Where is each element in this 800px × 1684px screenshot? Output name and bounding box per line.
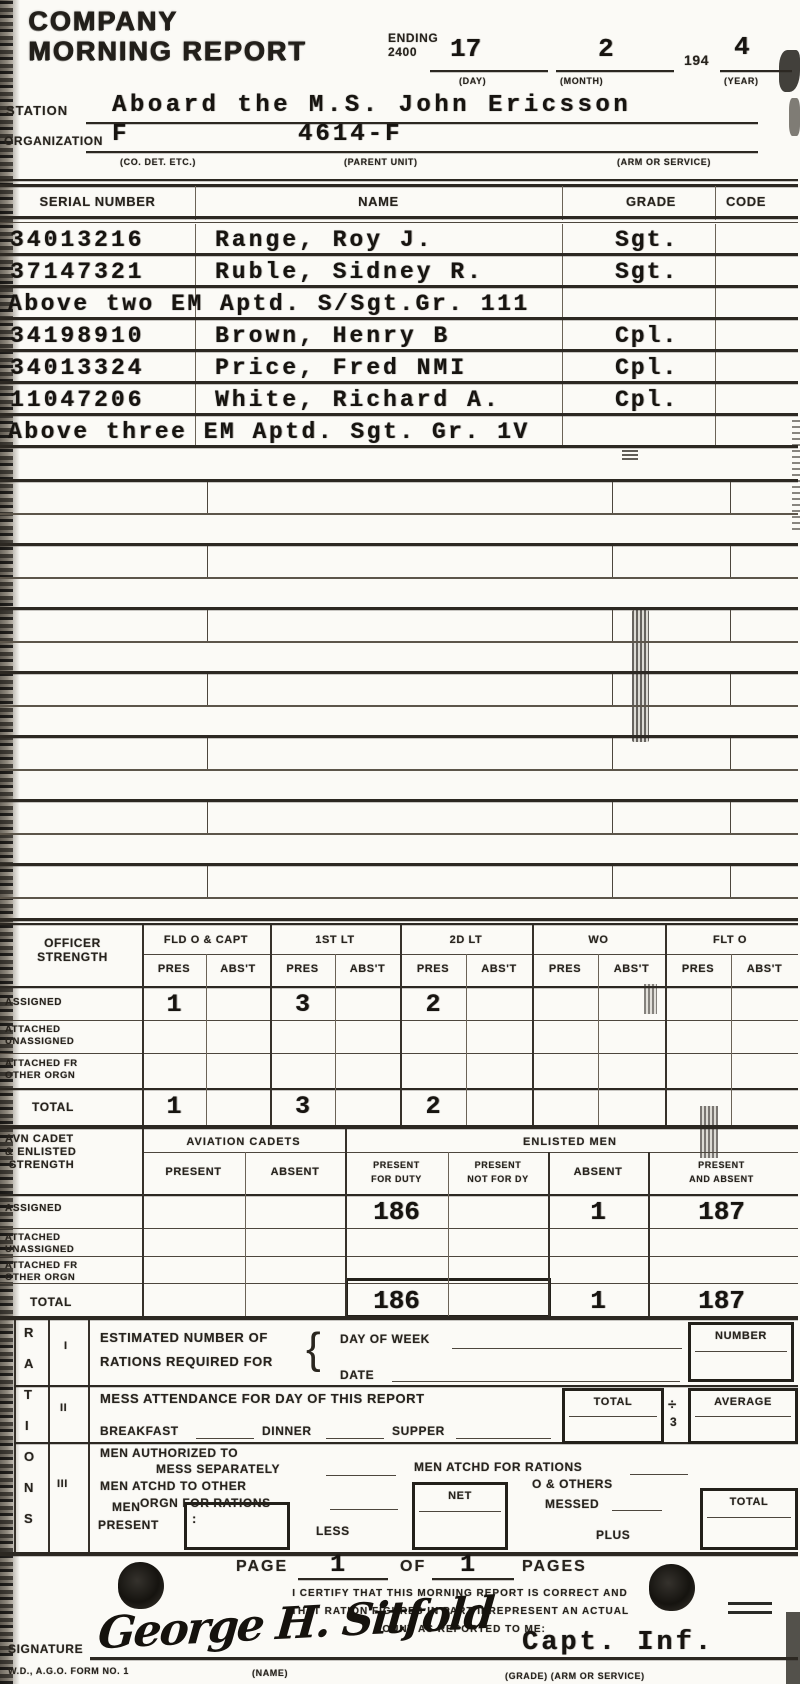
roster-header-code: CODE [726, 194, 766, 209]
rule-line [0, 1552, 798, 1556]
subheader-pres: PRES [142, 963, 206, 975]
divider-line [14, 1320, 16, 1554]
grade-cell: Cpl. [615, 355, 678, 381]
enlisted-corner1: AVN CADET [5, 1133, 74, 1145]
number-box: NUMBER [688, 1322, 794, 1382]
men-authorized-label: MEN AUTHORIZED TO [100, 1446, 238, 1460]
organization-field: F [112, 121, 126, 148]
men-present-box: : [184, 1502, 290, 1550]
note-cell: Above three EM Aptd. Sgt. Gr. 1V [8, 419, 530, 445]
parent-unit-field: 4614-F [298, 121, 402, 148]
rule-line [0, 285, 798, 288]
rule-line [0, 833, 798, 835]
officer-table-corner: OFFICER [10, 936, 135, 950]
divider-line [345, 1129, 347, 1318]
roster-header-grade: GRADE [626, 194, 676, 209]
divider-line [207, 738, 208, 769]
rule-line [0, 769, 798, 771]
divider-line [532, 925, 534, 1125]
date-underline [392, 1381, 680, 1382]
serial-cell: 34013324 [10, 355, 144, 381]
net-box-label: NET [415, 1490, 505, 1502]
caption-arm-service: (ARM OR SERVICE) [617, 157, 711, 167]
rule-line [0, 253, 798, 256]
roster-header-serial: SERIAL NUMBER [10, 194, 185, 209]
name-cell: Brown, Henry B [215, 323, 450, 349]
rule-line [0, 607, 798, 610]
divider-line [207, 866, 208, 897]
rations-part-i: I [64, 1340, 68, 1352]
officer-assigned-2lt-pres: 2 [400, 990, 466, 1019]
rule-line [0, 184, 798, 187]
messed-underline [612, 1510, 662, 1511]
rule-line [0, 986, 798, 988]
serial-cell: 34198910 [10, 323, 144, 349]
rule-line [0, 413, 798, 416]
divider-line [548, 1152, 550, 1318]
rule-line [0, 863, 798, 866]
divider-line [142, 1129, 144, 1318]
day-of-week-label: DAY OF WEEK [340, 1332, 430, 1346]
scan-artifact [700, 1106, 718, 1158]
divider-line [731, 954, 732, 1125]
rule-line [419, 1511, 501, 1512]
note-cell: Above two EM Aptd. S/Sgt.Gr. 111 [8, 291, 530, 317]
month-field: 2 [598, 34, 614, 64]
subheader-abst: ABS'T [598, 963, 665, 975]
divider-line [612, 482, 613, 513]
caption-name: (NAME) [252, 1668, 288, 1678]
name-cell: White, Richard A. [215, 387, 501, 413]
rations-letter: O [24, 1449, 35, 1464]
rule-line [569, 1416, 657, 1417]
rule-line [0, 317, 798, 320]
ending-label: ENDING [388, 31, 438, 45]
rule-line [695, 1351, 787, 1352]
officer-total-2lt-pres: 2 [400, 1092, 466, 1121]
name-cell: Price, Fred NMI [215, 355, 467, 381]
rule-line [0, 445, 798, 448]
scan-artifact [728, 1598, 772, 1614]
form-title-line2: MORNING REPORT [28, 36, 307, 67]
rule-line [695, 1416, 791, 1417]
scan-artifact [786, 1612, 800, 1684]
column-group-wo: WO [532, 934, 665, 946]
rule-line [0, 1228, 798, 1229]
rule-line [14, 1385, 798, 1387]
caption-co-det: (CO. DET. ETC.) [120, 157, 196, 167]
dinner-label: DINNER [262, 1424, 312, 1438]
station-label: STATION [6, 103, 68, 118]
serial-cell: 11047206 [10, 387, 144, 413]
rations-part-iii: III [57, 1478, 68, 1490]
divider-line [612, 802, 613, 833]
divider-line [612, 674, 613, 705]
column-group-fld-capt: FLD O & CAPT [142, 934, 270, 946]
column-group-flt-o: FLT O [665, 934, 795, 946]
rule-line [0, 179, 798, 181]
row-label-attached-fr: ATTACHED FR [5, 1260, 78, 1271]
row-label-total: TOTAL [30, 1295, 72, 1309]
divider-line [207, 802, 208, 833]
caption-parent-unit: (PARENT UNIT) [344, 157, 418, 167]
average-box: AVERAGE [688, 1388, 798, 1444]
col-pfd-1: PRESENT [345, 1160, 448, 1170]
o-and-others-label: O & OTHERS [532, 1477, 613, 1491]
divider-line [612, 866, 613, 897]
row-label-attached: ATTACHED [5, 1024, 61, 1035]
year-underline [720, 70, 792, 72]
divider-line [598, 954, 599, 1125]
divider-line [400, 925, 402, 1125]
name-cell: Range, Roy J. [215, 227, 433, 253]
divider-line [730, 802, 731, 833]
col-pa-2: AND ABSENT [648, 1174, 795, 1184]
enlisted-corner2: & ENLISTED [5, 1146, 76, 1158]
roster-header-name: NAME [195, 194, 562, 209]
rule-line [0, 1316, 798, 1320]
rule-line [0, 222, 798, 223]
grade-cell: Sgt. [615, 259, 678, 285]
col-pa-1: PRESENT [648, 1160, 795, 1170]
day-field: 17 [450, 34, 481, 64]
mess-attendance-label: MESS ATTENDANCE FOR DAY OF THIS REPORT [100, 1391, 425, 1406]
rule-line [0, 918, 798, 921]
page-underline [298, 1578, 388, 1580]
divider-line [665, 925, 667, 1125]
subheader-abst: ABS'T [466, 963, 532, 975]
rations-letter: S [24, 1511, 33, 1526]
net-box: NET [412, 1482, 508, 1550]
pages-underline [432, 1578, 514, 1580]
name-cell: Ruble, Sidney R. [215, 259, 484, 285]
form-number: W.D., A.G.O. FORM NO. 1 [8, 1666, 129, 1676]
column-group-1st-lt: 1ST LT [270, 934, 400, 946]
subheader-pres: PRES [270, 963, 335, 975]
divider-line [207, 610, 208, 641]
page-number-field: 1 [330, 1550, 345, 1579]
row-label-total: TOTAL [32, 1100, 74, 1114]
serial-cell: 34013216 [10, 227, 144, 253]
rule-line [0, 897, 798, 899]
colon-mark: : [192, 1511, 197, 1526]
form-title-line1: COMPANY [28, 6, 178, 37]
rations-part-ii: II [60, 1402, 67, 1414]
col-pnfd-2: NOT FOR DY [448, 1174, 548, 1184]
row-label-attached: ATTACHED [5, 1232, 61, 1243]
enlisted-total-pa: 187 [648, 1286, 795, 1316]
row-label-other-orgn: OTHER ORGN [5, 1272, 75, 1283]
col-cadets-absent: ABSENT [245, 1166, 345, 1178]
divider-line [270, 925, 272, 1125]
rule-line [0, 513, 798, 515]
month-underline [556, 70, 674, 72]
rations-letter: A [24, 1356, 34, 1371]
average-box-label: AVERAGE [691, 1396, 795, 1408]
pages-number-field: 1 [460, 1550, 475, 1579]
divider-line [715, 186, 716, 220]
organization-label: ORGANIZATION [4, 134, 103, 148]
grade-cell: Cpl. [615, 387, 678, 413]
divider-line [648, 1152, 650, 1318]
row-label-other-orgn: OTHER ORGN [5, 1070, 75, 1081]
divider-line [448, 1152, 449, 1318]
mess-separately-underline [326, 1475, 396, 1476]
day-underline [430, 70, 548, 72]
caption-grade-arm: (GRADE) (ARM OR SERVICE) [505, 1671, 645, 1681]
rule-line [0, 671, 798, 674]
station-underline [86, 122, 758, 124]
mess-total-label: TOTAL [565, 1396, 661, 1408]
year-field: 4 [734, 32, 750, 62]
month-caption: (MONTH) [560, 76, 603, 86]
rule-line [142, 1152, 798, 1153]
enlisted-total-absent: 1 [548, 1286, 648, 1316]
year-caption: (YEAR) [724, 76, 759, 86]
rule-line [0, 479, 798, 482]
enlisted-assigned-pa: 187 [648, 1197, 795, 1227]
rule-line [0, 1020, 798, 1021]
number-box-label: NUMBER [691, 1330, 791, 1342]
dinner-underline [326, 1438, 384, 1439]
rule-line [0, 381, 798, 384]
supper-label: SUPPER [392, 1424, 445, 1438]
morning-report-scan: COMPANY MORNING REPORT ENDING 2400 17 (D… [0, 0, 800, 1684]
scan-artifact [789, 98, 800, 136]
page-label: PAGE [236, 1558, 288, 1576]
divider-line [730, 866, 731, 897]
day-caption: (DAY) [459, 76, 486, 86]
brace-glyph: { [306, 1324, 321, 1374]
rations-letter: R [24, 1325, 34, 1340]
supper-underline [456, 1438, 551, 1439]
divider-line [142, 925, 144, 1125]
subheader-abst: ABS'T [731, 963, 798, 975]
officer-total-1lt-pres: 3 [270, 1092, 335, 1121]
year-prefix: 194 [684, 52, 709, 68]
mess-separately-label: MESS SEPARATELY [156, 1462, 280, 1476]
of-label: OF [400, 1558, 426, 1576]
col-pfd-2: FOR DUTY [345, 1174, 448, 1184]
ending-time: 2400 [388, 45, 417, 59]
divider-line [335, 954, 336, 1125]
divider-line [730, 546, 731, 577]
plus-label: PLUS [596, 1528, 630, 1542]
men-atchd-underline [630, 1474, 688, 1475]
less-label: LESS [316, 1524, 350, 1538]
row-label-unassigned: UNASSIGNED [5, 1036, 74, 1047]
scan-artifact [644, 984, 657, 1014]
present-label: PRESENT [98, 1518, 159, 1532]
rule-line [142, 954, 798, 955]
signature-label: SIGNATURE [8, 1642, 83, 1656]
rule-line [0, 1088, 798, 1090]
divider-line [612, 738, 613, 769]
divider-line [207, 674, 208, 705]
divider-line [48, 1320, 50, 1554]
officer-table-corner2: STRENGTH [10, 950, 135, 964]
divider-line [88, 1320, 90, 1554]
divider-line [612, 610, 613, 641]
divide-sign: ÷ [668, 1396, 677, 1413]
rations-letter: N [24, 1480, 34, 1495]
rule-line [0, 543, 798, 546]
group-enlisted-men: ENLISTED MEN [345, 1136, 795, 1148]
row-label-assigned: ASSIGNED [5, 1203, 62, 1214]
grade-cell: Sgt. [615, 227, 678, 253]
rations-letter: I [25, 1418, 29, 1433]
pages-label: PAGES [522, 1558, 587, 1576]
divisor: 3 [670, 1415, 677, 1429]
men-atchd-rations-label: MEN ATCHD FOR RATIONS [414, 1460, 582, 1474]
divider-line [612, 546, 613, 577]
officer-total-fld-pres: 1 [142, 1092, 206, 1121]
col-cadets-present: PRESENT [142, 1166, 245, 1178]
enlisted-corner3: STRENGTH [9, 1159, 74, 1171]
enlisted-assigned-absent: 1 [548, 1197, 648, 1227]
rule-line [0, 641, 798, 643]
rations-total-label: TOTAL [703, 1496, 795, 1508]
subheader-abst: ABS'T [335, 963, 400, 975]
messed-label: MESSED [545, 1497, 599, 1511]
men-label: MEN [112, 1500, 140, 1514]
col-pnfd-1: PRESENT [448, 1160, 548, 1170]
grade-field: Capt. Inf. [522, 1628, 714, 1658]
subheader-pres: PRES [400, 963, 466, 975]
divider-line [206, 954, 207, 1125]
divider-line [207, 482, 208, 513]
subheader-pres: PRES [665, 963, 731, 975]
breakfast-underline [196, 1438, 254, 1439]
organization-underline [86, 151, 758, 153]
enlisted-assigned-pfd: 186 [345, 1197, 448, 1227]
punch-hole-right [649, 1564, 695, 1611]
rule-line [14, 1442, 798, 1444]
rule-line [0, 1194, 798, 1196]
subheader-pres: PRES [532, 963, 598, 975]
col-enlisted-absent: ABSENT [548, 1166, 648, 1178]
rule-line [0, 349, 798, 352]
officer-assigned-fld-pres: 1 [142, 990, 206, 1019]
rule-line [0, 799, 798, 802]
divider-line [730, 674, 731, 705]
column-group-2d-lt: 2D LT [400, 934, 532, 946]
divider-line [195, 186, 196, 220]
estimated-rations-label2: RATIONS REQUIRED FOR [100, 1354, 273, 1369]
rule-line [0, 1256, 798, 1257]
divider-line [466, 954, 467, 1125]
estimated-rations-label1: ESTIMATED NUMBER OF [100, 1330, 268, 1345]
men-atchd-other-label: MEN ATCHD TO OTHER [100, 1479, 247, 1493]
rule-line [0, 1125, 798, 1129]
rule-line [0, 923, 798, 925]
signature-underline [90, 1657, 798, 1660]
rule-line [707, 1517, 791, 1518]
divider-line [730, 482, 731, 513]
serial-cell: 37147321 [10, 259, 144, 285]
rule-line [0, 705, 798, 707]
group-aviation-cadets: AVIATION CADETS [142, 1136, 345, 1148]
divider-line [730, 610, 731, 641]
officer-assigned-1lt-pres: 3 [270, 990, 335, 1019]
rations-letter: T [24, 1387, 33, 1402]
row-label-attached-fr: ATTACHED FR [5, 1058, 78, 1069]
rations-total-box: TOTAL [700, 1488, 798, 1550]
divider-line [562, 186, 563, 220]
mess-total-box: TOTAL [562, 1388, 664, 1444]
station-field: Aboard the M.S. John Ericsson [112, 92, 631, 119]
day-of-week-underline [452, 1348, 682, 1349]
divider-line [730, 738, 731, 769]
rule-line [0, 216, 798, 219]
row-label-assigned: ASSIGNED [5, 997, 62, 1008]
divider-line [245, 1152, 246, 1318]
grade-cell: Cpl. [615, 323, 678, 349]
rule-line [0, 735, 798, 738]
rule-line [0, 1053, 798, 1054]
divider-line [207, 546, 208, 577]
subheader-abst: ABS'T [206, 963, 270, 975]
rule-line [0, 577, 798, 579]
date-label: DATE [340, 1368, 374, 1382]
row-label-unassigned: UNASSIGNED [5, 1244, 74, 1255]
scan-artifact [632, 610, 649, 742]
orgn-for-rations-underline [330, 1509, 398, 1510]
breakfast-label: BREAKFAST [100, 1424, 179, 1438]
punch-hole-left [118, 1562, 164, 1609]
